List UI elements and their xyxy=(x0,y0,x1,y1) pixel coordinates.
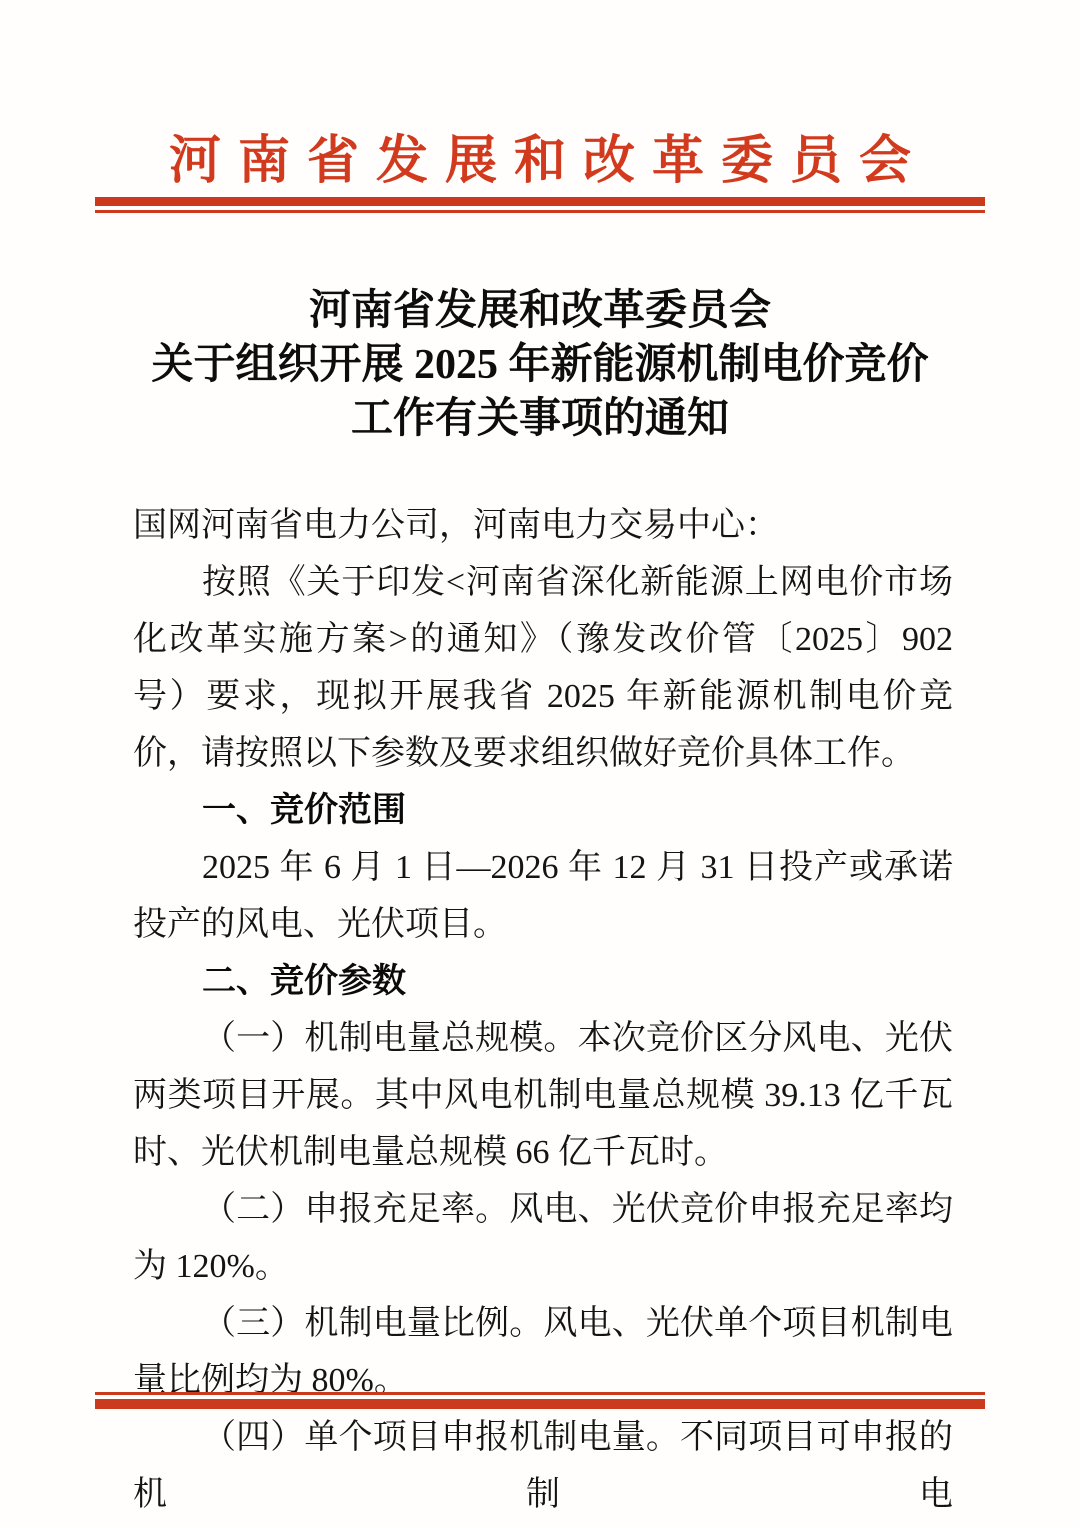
letterhead-title: 河南省发展和改革委员会 xyxy=(0,118,1080,193)
paragraph-single-project-volume: （四）单个项目申报机制电量。不同项目可申报的机制电 xyxy=(133,1409,953,1523)
letterhead-rule-thick xyxy=(95,197,985,206)
document-body: 国网河南省电力公司，河南电力交易中心： 按照《关于印发<河南省深化新能源上网电价… xyxy=(133,497,953,1523)
document-title-line-1: 河南省发展和改革委员会 xyxy=(0,284,1080,338)
salutation: 国网河南省电力公司，河南电力交易中心： xyxy=(133,497,953,554)
document-title: 河南省发展和改革委员会 关于组织开展 2025 年新能源机制电价竞价 工作有关事… xyxy=(0,284,1080,446)
letterhead-rule-thin xyxy=(95,210,985,213)
footer-rule-thick xyxy=(95,1399,985,1409)
section-heading-bidding-scope: 一、竞价范围 xyxy=(133,782,953,839)
paragraph-declaration-adequacy-rate: （二）申报充足率。风电、光伏竞价申报充足率均为 120%。 xyxy=(133,1181,953,1295)
paragraph-intro: 按照《关于印发<河南省深化新能源上网电价市场化改革实施方案>的通知》（豫发改价管… xyxy=(133,554,953,782)
paragraph-bidding-scope: 2025 年 6 月 1 日—2026 年 12 月 31 日投产或承诺投产的风… xyxy=(133,839,953,953)
paragraph-total-mechanism-volume: （一）机制电量总规模。本次竞价区分风电、光伏两类项目开展。其中风电机制电量总规模… xyxy=(133,1010,953,1181)
document-title-line-2: 关于组织开展 2025 年新能源机制电价竞价 xyxy=(0,338,1080,392)
document-title-line-3: 工作有关事项的通知 xyxy=(0,392,1080,446)
footer-rule-thin xyxy=(95,1392,985,1395)
section-heading-bidding-parameters: 二、竞价参数 xyxy=(133,953,953,1010)
document-page: 河南省发展和改革委员会 河南省发展和改革委员会 关于组织开展 2025 年新能源… xyxy=(0,0,1080,1528)
